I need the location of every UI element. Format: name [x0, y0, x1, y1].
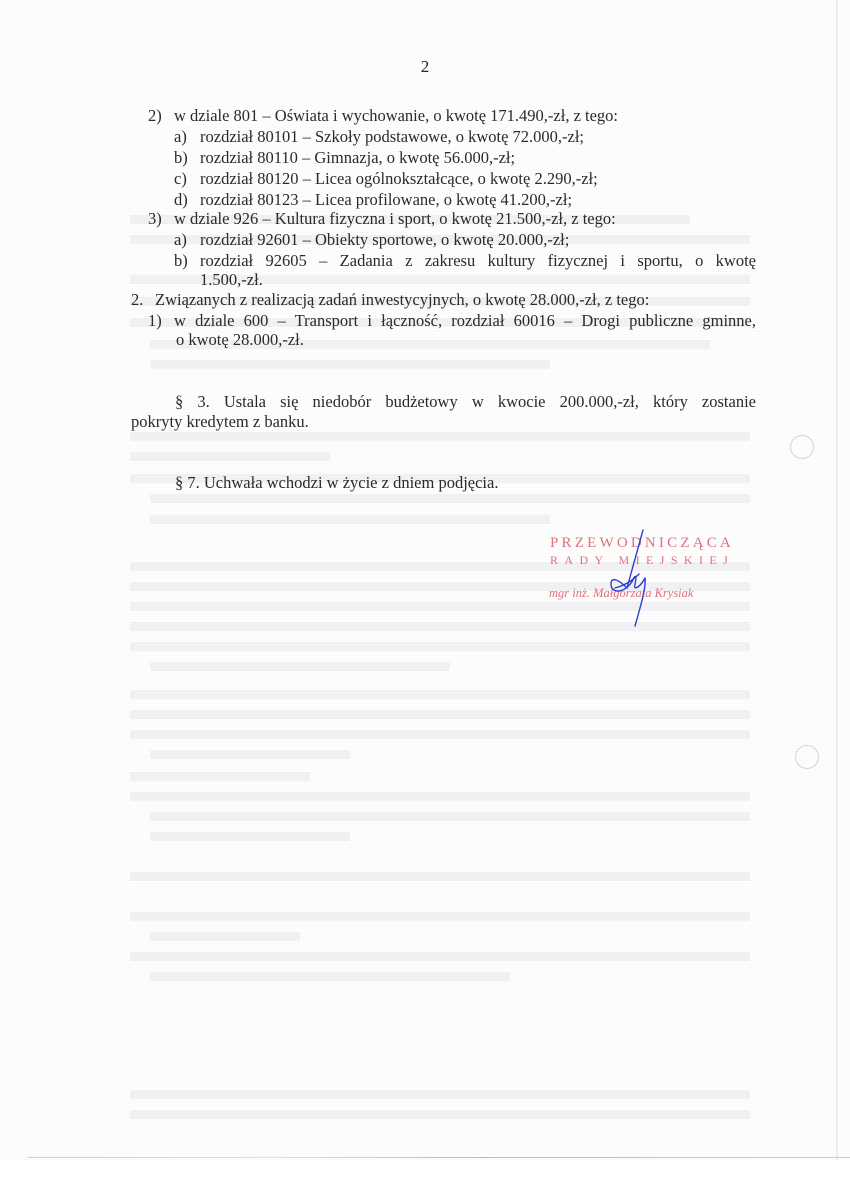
- show-through-line: [150, 812, 750, 821]
- show-through-line: [150, 972, 510, 981]
- show-through-line: [150, 932, 300, 941]
- show-through-line: [130, 432, 750, 441]
- item-text: rozdział 92605 – Zadania z zakresu kultu…: [200, 251, 756, 270]
- show-through-line: [130, 690, 750, 699]
- item-text: rozdział 80123 – Licea profilowane, o kw…: [200, 190, 572, 209]
- item-text: w dziale 926 – Kultura fizyczna i sport,…: [174, 209, 616, 228]
- page-number: 2: [0, 57, 850, 77]
- list-item-continuation: o kwotę 28.000,-zł.: [176, 330, 304, 350]
- list-item: 3)w dziale 926 – Kultura fizyczna i spor…: [148, 209, 616, 229]
- page-edge-bottom: [28, 1157, 850, 1158]
- show-through-line: [130, 1110, 750, 1119]
- item-text: rozdział 80110 – Gimnazja, o kwotę 56.00…: [200, 148, 515, 167]
- item-text: Związanych z realizacją zadań inwestycyj…: [155, 290, 649, 309]
- item-marker: 2): [148, 106, 174, 126]
- list-item: d)rozdział 80123 – Licea profilowane, o …: [174, 190, 572, 210]
- show-through-line: [150, 750, 350, 759]
- paragraph-3-line-2: pokryty kredytem z banku.: [131, 412, 309, 432]
- page-edge-right: [836, 0, 838, 1160]
- punch-hole-mark: [795, 745, 819, 769]
- paragraph-3-line-1: § 3. Ustala się niedobór budżetowy w kwo…: [175, 392, 756, 412]
- item-text: rozdział 80120 – Licea ogólnokształcące,…: [200, 169, 598, 188]
- show-through-line: [130, 772, 310, 781]
- signature-mark: [605, 528, 665, 628]
- item-marker: 3): [148, 209, 174, 229]
- item-marker: b): [174, 251, 200, 271]
- list-item-continuation: 1.500,-zł.: [200, 270, 263, 290]
- show-through-line: [130, 952, 750, 961]
- show-through-line: [130, 642, 750, 651]
- show-through-line: [150, 494, 750, 503]
- show-through-line: [150, 515, 550, 524]
- show-through-line: [150, 662, 450, 671]
- paragraph-7: § 7. Uchwała wchodzi w życie z dniem pod…: [175, 473, 498, 493]
- item-text: w dziale 600 – Transport i łączność, roz…: [174, 311, 756, 330]
- show-through-line: [130, 710, 750, 719]
- item-marker: d): [174, 190, 200, 210]
- item-marker: 2.: [131, 290, 155, 310]
- show-through-line: [150, 360, 550, 369]
- list-item: a)rozdział 80101 – Szkoły podstawowe, o …: [174, 127, 584, 147]
- show-through-line: [150, 832, 350, 841]
- list-item: 2)w dziale 801 – Oświata i wychowanie, o…: [148, 106, 618, 126]
- show-through-line: [130, 730, 750, 739]
- list-item: c)rozdział 80120 – Licea ogólnokształcąc…: [174, 169, 598, 189]
- show-through-line: [130, 792, 750, 801]
- list-item: b)rozdział 92605 – Zadania z zakresu kul…: [174, 251, 756, 271]
- item-text: rozdział 92601 – Obiekty sportowe, o kwo…: [200, 230, 569, 249]
- list-item: 2.Związanych z realizacją zadań inwestyc…: [131, 290, 649, 310]
- item-marker: a): [174, 127, 200, 147]
- show-through-line: [130, 912, 750, 921]
- item-marker: b): [174, 148, 200, 168]
- item-marker: c): [174, 169, 200, 189]
- item-marker: 1): [148, 311, 174, 331]
- list-item: a)rozdział 92601 – Obiekty sportowe, o k…: [174, 230, 569, 250]
- show-through-line: [130, 872, 750, 881]
- punch-hole-mark: [790, 435, 814, 459]
- item-text: rozdział 80101 – Szkoły podstawowe, o kw…: [200, 127, 584, 146]
- show-through-line: [130, 1090, 750, 1099]
- show-through-line: [130, 452, 330, 461]
- item-marker: a): [174, 230, 200, 250]
- list-item: 1)w dziale 600 – Transport i łączność, r…: [148, 311, 756, 331]
- list-item: b)rozdział 80110 – Gimnazja, o kwotę 56.…: [174, 148, 515, 168]
- item-text: w dziale 801 – Oświata i wychowanie, o k…: [174, 106, 618, 125]
